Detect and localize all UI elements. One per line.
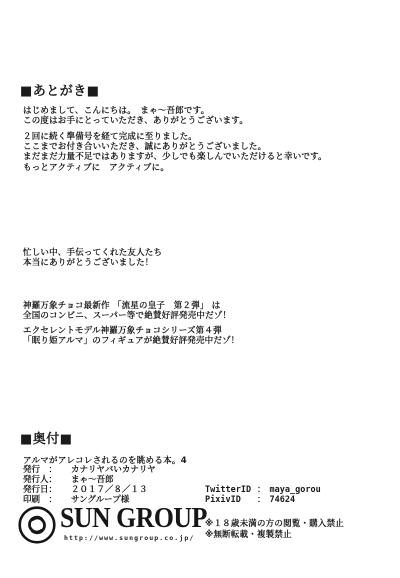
pixiv-id-value: 74624 [270, 495, 296, 505]
separator: ： [257, 485, 266, 495]
colophon-rows: 発行 ：カナリヤバいカナリヤ 発行人：まゃ～吾郎 発行日：２０１７／８／１３ 印… [23, 465, 156, 505]
colophon-row-publisher: 発行 ：カナリヤバいカナリヤ [23, 465, 156, 475]
sun-group-circle-s-icon [17, 505, 57, 545]
colophon-row-author: 発行人：まゃ～吾郎 [23, 475, 156, 485]
separator: ： [257, 495, 266, 505]
text-line: 本当にありがとうございました！ [23, 258, 162, 268]
twitter-id-label: TwitterID [205, 485, 257, 495]
greeting-paragraph: はじめまして、こんにちは。 まゃ～吾郎です。 この度はお手にとっていただき、あり… [23, 106, 248, 126]
sun-group-logo: SUN GROUP http://www.sungroup.co.jp/ [17, 505, 220, 545]
pixiv-id-label: PixivID [205, 495, 257, 505]
afterword-section-header: ■あとがき■ [20, 80, 100, 99]
row-label: 印刷 ： [23, 495, 65, 505]
text-line: 神羅万象チョコ最新作 「流星の皇子 第２弾」 は [23, 301, 231, 311]
thanks-paragraph: ２回に続く準備号を経て完成に至りました。 ここまでお付き合いいただき、誠にありが… [23, 132, 327, 162]
colophon-row-date: 発行日：２０１７／８／１３ [23, 485, 156, 495]
row-label: 発行 ： [23, 465, 65, 475]
text-line: 「眠り姫アルマ」のフィギュアが絶賛好評発売中だゾ！ [23, 336, 239, 346]
twitter-id-row: TwitterID：maya_gorou [205, 485, 321, 495]
text-line: 全国のコンビニ、スーパー等で絶賛好評発売中だゾ！ [23, 311, 231, 321]
age-restriction-notice: ※１８歳未満の方の閲覧・購入禁止 [205, 519, 344, 530]
row-value: ２０１７／８／１３ [71, 485, 148, 495]
restriction-notices: ※１８歳未満の方の閲覧・購入禁止 ※無断転載・複製禁止 [205, 519, 344, 540]
text-line: この度はお手にとっていただき、ありがとうございます。 [23, 116, 248, 126]
printer-logo-url: http://www.sungroup.co.jp/ [64, 534, 220, 542]
row-label: 発行日： [23, 485, 65, 495]
twitter-id-value: maya_gorou [270, 485, 321, 495]
row-value: まゃ～吾郎 [71, 475, 114, 485]
friends-thanks-paragraph: 忙しい中、手伝ってくれた友人たち 本当にありがとうございました！ [23, 248, 162, 268]
text-line: エクセレントモデル神羅万象チョコシリーズ第４弾 [23, 326, 239, 336]
scanned-doujin-page: ■あとがき■ はじめまして、こんにちは。 まゃ～吾郎です。 この度はお手にとって… [0, 0, 400, 578]
text-line: もっとアクティブに アクティブに。 [23, 163, 169, 173]
active-paragraph: もっとアクティブに アクティブに。 [23, 163, 169, 173]
social-ids: TwitterID：maya_gorou PixivID：74624 [205, 485, 321, 505]
row-label: 発行人： [23, 475, 65, 485]
pixiv-id-row: PixivID：74624 [205, 495, 321, 505]
text-line: 忙しい中、手伝ってくれた友人たち [23, 248, 162, 258]
printer-logo-text: SUN GROUP http://www.sungroup.co.jp/ [60, 505, 220, 542]
no-reproduction-notice: ※無断転載・複製禁止 [205, 530, 344, 541]
text-line: ここまでお付き合いいただき、誠にありがとうございました。 [23, 142, 327, 152]
promo-choco-paragraph: 神羅万象チョコ最新作 「流星の皇子 第２弾」 は 全国のコンビニ、スーパー等で絶… [23, 301, 231, 321]
promo-figure-paragraph: エクセレントモデル神羅万象チョコシリーズ第４弾 「眠り姫アルマ」のフィギュアが絶… [23, 326, 239, 346]
colophon-section-header: ■奥付■ [20, 428, 73, 447]
text-line: ２回に続く準備号を経て完成に至りました。 [23, 132, 327, 142]
text-line: まだまだ力量不足ではありますが、少しでも楽しんでいただけると幸いです。 [23, 152, 327, 162]
row-value: カナリヤバいカナリヤ [71, 465, 156, 475]
printer-logo-name: SUN GROUP [60, 505, 207, 533]
text-line: はじめまして、こんにちは。 まゃ～吾郎です。 [23, 106, 248, 116]
